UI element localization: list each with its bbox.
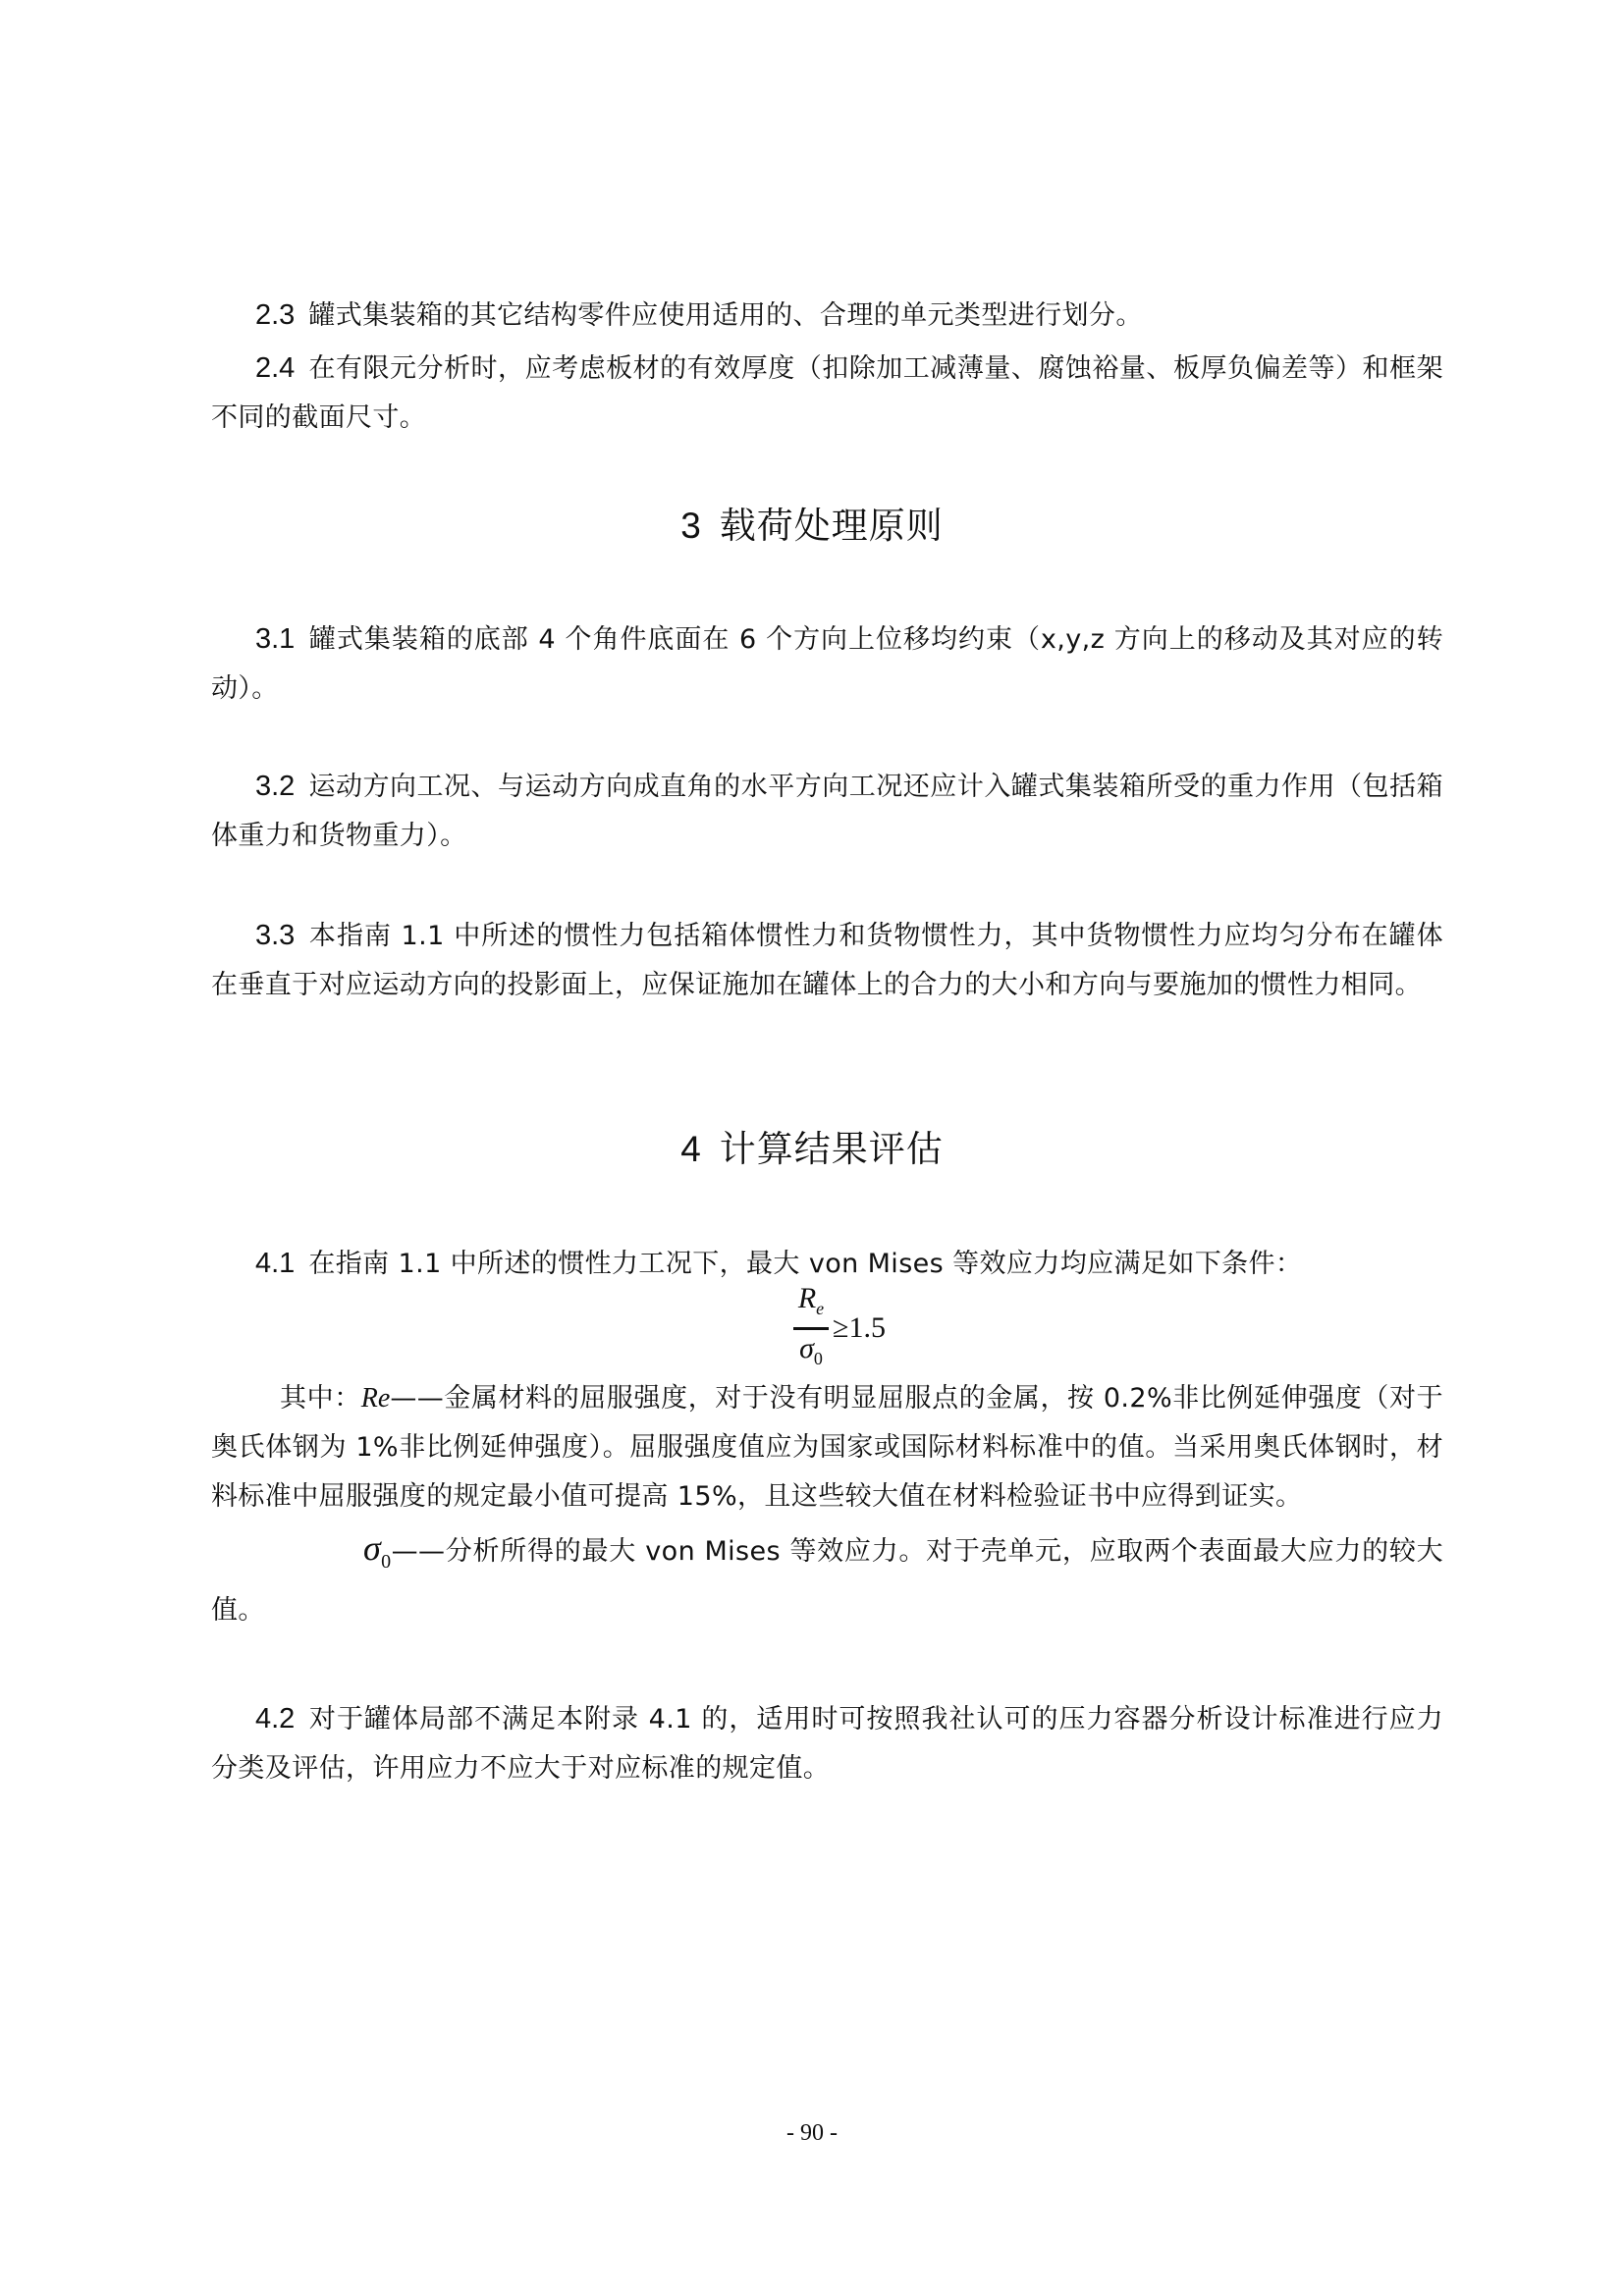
paragraph-re-definition: 其中：Re——金属材料的屈服强度，对于没有明显屈服点的金属，按 0.2%非比例延… <box>211 1374 1443 1522</box>
section-title: 载荷处理原则 <box>720 505 944 547</box>
numerator-symbol: R <box>798 1282 816 1314</box>
paragraph-3-2: 3.2运动方向工况、与运动方向成直角的水平方向工况还应计入罐式集装箱所受的重力作… <box>211 762 1443 861</box>
section-title: 计算结果评估 <box>720 1128 944 1170</box>
section-heading-4: 4计算结果评估 <box>0 1119 1624 1172</box>
clause-number: 4.1 <box>255 1248 295 1279</box>
definition-prefix: 其中： <box>280 1383 361 1414</box>
clause-text: 在指南 1.1 中所述的惯性力工况下，最大 von Mises 等效应力均应满足… <box>308 1249 1302 1279</box>
clause-text: 罐式集装箱的底部 4 个角件底面在 6 个方向上位移均约束（x,y,z 方向上的… <box>211 624 1443 704</box>
sigma-glyph: σ <box>363 1528 381 1568</box>
formula-numerator: Re <box>794 1282 828 1325</box>
section-number: 3 <box>680 506 702 546</box>
fraction-bar <box>793 1327 829 1330</box>
clause-text: 本指南 1.1 中所述的惯性力包括箱体惯性力和货物惯性力，其中货物惯性力应均匀分… <box>211 921 1443 1000</box>
clause-number: 3.1 <box>255 623 295 655</box>
definition-text: ——金属材料的屈服强度，对于没有明显屈服点的金属，按 0.2%非比例延伸强度（对… <box>211 1383 1443 1512</box>
re-symbol: Re <box>361 1383 391 1414</box>
denominator-subscript: 0 <box>814 1349 823 1368</box>
paragraph-2-4: 2.4在有限元分析时，应考虑板材的有效厚度（扣除加工减薄量、腐蚀裕量、板厚负偏差… <box>211 344 1443 443</box>
paragraph-3-1: 3.1罐式集装箱的底部 4 个角件底面在 6 个方向上位移均约束（x,y,z 方… <box>211 614 1443 714</box>
paragraph-4-2: 4.2对于罐体局部不满足本附录 4.1 的，适用时可按照我社认可的压力容器分析设… <box>211 1694 1443 1793</box>
sigma-subscript: 0 <box>381 1551 391 1573</box>
section-heading-3: 3载荷处理原则 <box>0 496 1624 549</box>
clause-number: 2.3 <box>255 299 295 331</box>
clause-text: 对于罐体局部不满足本附录 4.1 的，适用时可按照我社认可的压力容器分析设计标准… <box>211 1704 1443 1784</box>
formula-relation: ≥1.5 <box>833 1311 886 1345</box>
clause-number: 3.2 <box>255 771 295 802</box>
paragraph-sigma-definition: σ0——分析所得的最大 von Mises 等效应力。对于壳单元，应取两个表面最… <box>211 1523 1443 1635</box>
sigma-symbol: σ0 <box>363 1528 392 1568</box>
clause-number: 2.4 <box>255 352 295 384</box>
document-page: 2.3罐式集装箱的其它结构零件应使用适用的、合理的单元类型进行划分。 2.4在有… <box>0 0 1624 2296</box>
paragraph-3-3: 3.3本指南 1.1 中所述的惯性力包括箱体惯性力和货物惯性力，其中货物惯性力应… <box>211 911 1443 1010</box>
clause-text: 在有限元分析时，应考虑板材的有效厚度（扣除加工减薄量、腐蚀裕量、板厚负偏差等）和… <box>211 353 1443 433</box>
yield-ratio-formula: Re σ0 ≥1.5 <box>793 1284 886 1372</box>
clause-text: 罐式集装箱的其它结构零件应使用适用的、合理的单元类型进行划分。 <box>308 300 1142 331</box>
section-number: 4 <box>680 1129 702 1169</box>
numerator-subscript: e <box>816 1299 824 1318</box>
formula-denominator: σ0 <box>799 1332 823 1375</box>
formula-fraction: Re σ0 <box>793 1282 829 1375</box>
paragraph-2-3: 2.3罐式集装箱的其它结构零件应使用适用的、合理的单元类型进行划分。 <box>211 291 1443 341</box>
denominator-symbol: σ <box>799 1332 814 1364</box>
clause-text: 运动方向工况、与运动方向成直角的水平方向工况还应计入罐式集装箱所受的重力作用（包… <box>211 772 1443 851</box>
definition-text: ——分析所得的最大 von Mises 等效应力。对于壳单元，应取两个表面最大应… <box>211 1536 1443 1626</box>
page-number: - 90 - <box>0 2120 1624 2147</box>
clause-number: 3.3 <box>255 920 295 951</box>
clause-number: 4.2 <box>255 1703 295 1735</box>
